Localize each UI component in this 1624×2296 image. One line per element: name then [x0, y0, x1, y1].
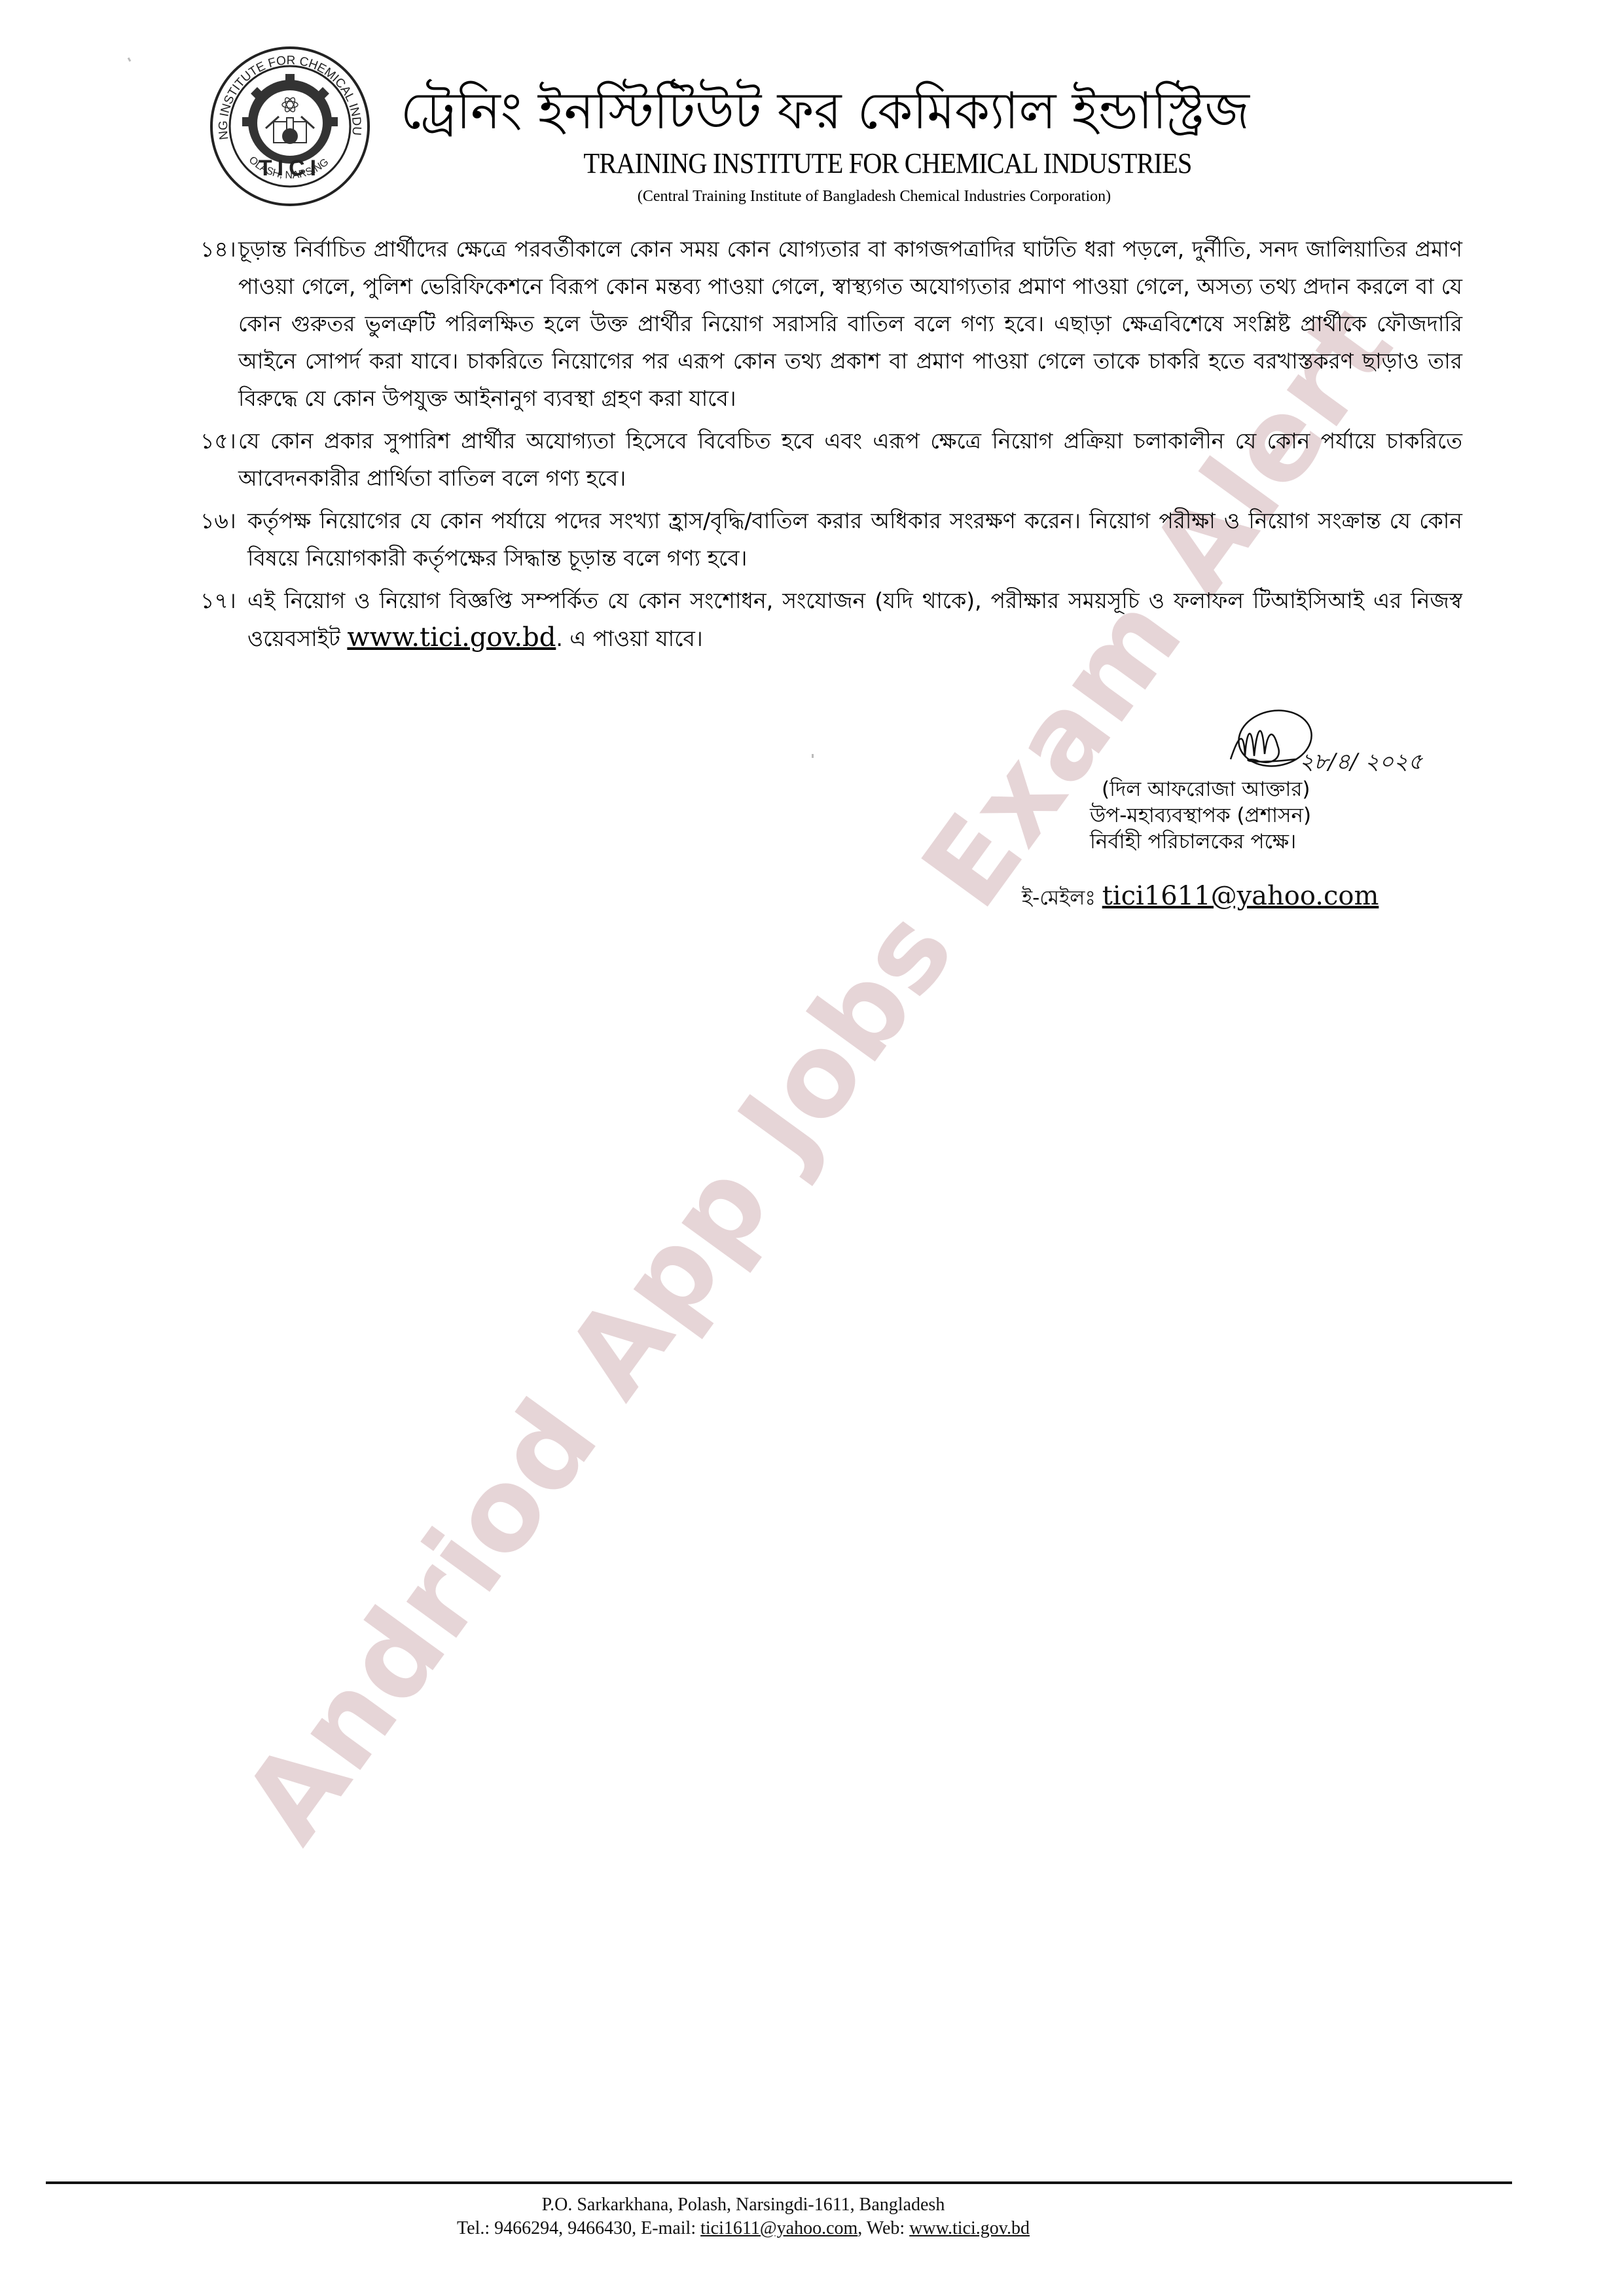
clause-14: ১৪। চূড়ান্ত নির্বাচিত প্রার্থীদের ক্ষেত…	[200, 230, 1462, 417]
scan-speck	[812, 754, 814, 758]
clause-text: চূড়ান্ত নির্বাচিত প্রার্থীদের ক্ষেত্রে …	[238, 236, 1462, 411]
clause-15: ১৫। যে কোন প্রকার সুপারিশ প্রার্থীর অযোগ…	[200, 422, 1462, 497]
document-page: Andriod App Jobs Exam Alert TRAINING INS…	[0, 0, 1624, 2296]
footer-email-link[interactable]: tici1611@yahoo.com	[700, 2218, 857, 2238]
clause-text: যে কোন প্রকার সুপারিশ প্রার্থীর অযোগ্যতা…	[238, 428, 1462, 491]
footer-contact: Tel.: 9466294, 9466430, E-mail: tici1611…	[0, 2217, 1624, 2240]
signatory-email-row: ই-মেইলঃ tici1611@yahoo.com	[1022, 881, 1379, 916]
institute-subtitle: (Central Training Institute of Banglades…	[0, 186, 1624, 207]
clause-number: ১৫।	[200, 422, 236, 459]
clause-17: ১৭। এই নিয়োগ ও নিয়োগ বিজ্ঞপ্তি সম্পর্ক…	[200, 582, 1462, 657]
notice-clauses: ১৪। চূড়ান্ত নির্বাচিত প্রার্থীদের ক্ষেত…	[200, 230, 1462, 662]
signatory-designation: উপ-মহাব্যবস্থাপক (প্রশাসন)	[1090, 802, 1311, 829]
signatory-block: (দিল আফরোজা আক্তার) উপ-মহাব্যবস্থাপক (প্…	[1090, 776, 1311, 855]
signature-date: ২৮/৪/ ২০২৫	[1299, 745, 1422, 782]
footer-divider	[46, 2181, 1512, 2184]
email-label: E-mail:	[641, 2218, 696, 2238]
tici-logo-icon: TRAINING INSTITUTE FOR CHEMICAL INDUSTRI…	[208, 45, 372, 208]
clause-text: কর্তৃপক্ষ নিয়োগের যে কোন পর্যায়ে পদের …	[247, 508, 1462, 571]
tel-numbers: 9466294, 9466430,	[494, 2218, 636, 2238]
email-label: ই-মেইলঃ	[1022, 886, 1096, 910]
website-link[interactable]: www.tici.gov.bd	[347, 622, 556, 653]
clause-16: ১৬। কর্তৃপক্ষ নিয়োগের যে কোন পর্যায়ে প…	[200, 502, 1462, 577]
clause-number: ১৪।	[200, 230, 236, 268]
institute-title-english: TRAINING INSTITUTE FOR CHEMICAL INDUSTRI…	[0, 145, 1624, 182]
clause-number: ১৬।	[200, 502, 236, 539]
signatory-on-behalf: নির্বাহী পরিচালকের পক্ষে।	[1090, 829, 1311, 855]
web-label: Web:	[867, 2218, 905, 2238]
footer-address: P.O. Sarkarkhana, Polash, Narsingdi-1611…	[0, 2194, 1624, 2216]
signatory-name: (দিল আফরোজা আক্তার)	[1090, 776, 1311, 802]
signatory-email-link[interactable]: tici1611@yahoo.com	[1102, 881, 1379, 911]
footer-web-link[interactable]: www.tici.gov.bd	[909, 2218, 1030, 2238]
clause-text-tail: . এ পাওয়া যাবে।	[556, 626, 702, 651]
tel-label: Tel.:	[457, 2218, 490, 2238]
scan-speck	[128, 58, 132, 62]
clause-number: ১৭।	[200, 582, 236, 619]
institute-title-bengali: ট্রেনিং ইনস্টিটিউট ফর কেমিক্যাল ইন্ডাস্ট…	[401, 79, 1254, 144]
